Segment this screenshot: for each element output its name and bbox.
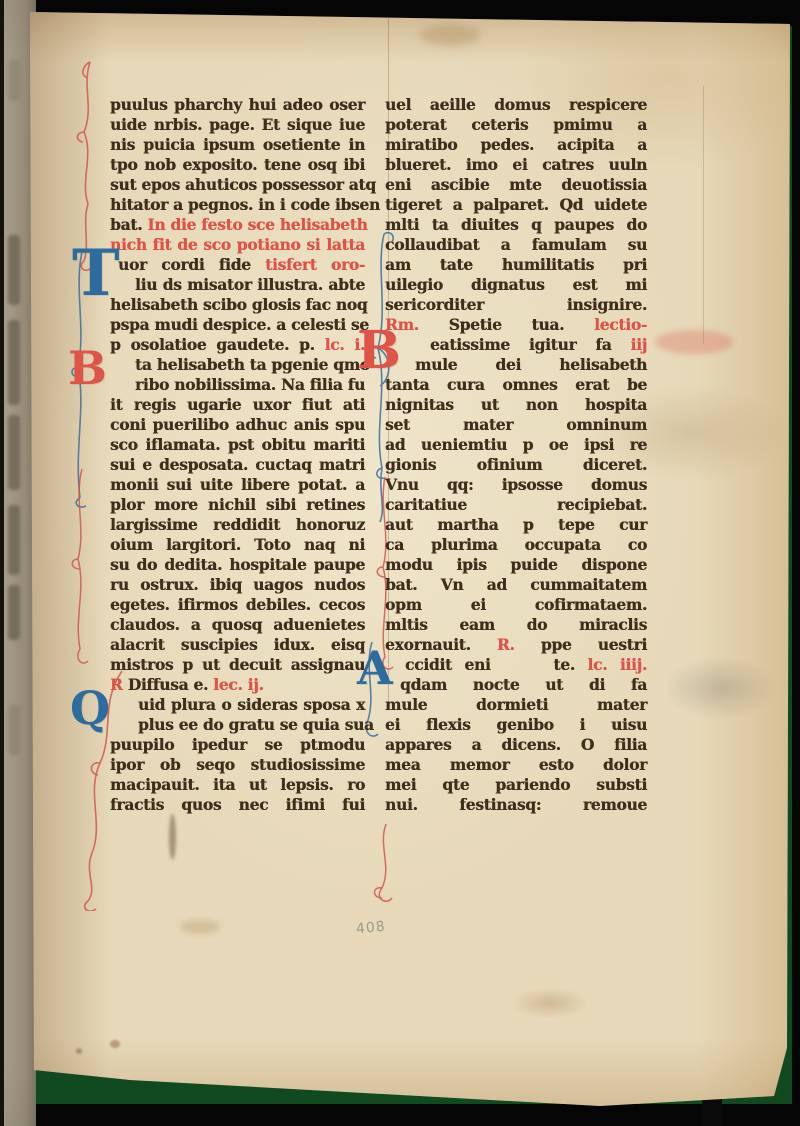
body-text: blueret. imo ei catres uuln [385, 155, 647, 174]
body-text: eatissime igitur fa [430, 335, 631, 354]
manuscript-line: uilegio dignatus est mi [385, 275, 647, 295]
illuminated-initial-B: B [357, 327, 401, 375]
manuscript-line: mistros p ut decuit assignau [110, 655, 365, 675]
body-text: caritatiue recipiebat. [385, 495, 647, 514]
manuscript-line: macipauit. ita ut lepsis. ro [110, 775, 365, 795]
manuscript-line: uel aeille domus respicere [385, 95, 647, 115]
body-text: nui. festinasq: remoue [385, 795, 647, 814]
body-text: Diffusa e. [128, 675, 213, 694]
manuscript-line: claudos. a quosq aduenietes [110, 615, 365, 635]
body-text: plor more nichil sibi retines [110, 495, 365, 514]
body-text: qdam nocte ut di fa [400, 675, 647, 694]
manuscript-line: gionis ofinium diceret. [385, 455, 647, 475]
body-text: eni ascibie mte deuotissia [385, 175, 647, 194]
manuscript-line: pspa mudi despice. a celesti se [110, 315, 365, 335]
manuscript-line: qdam nocte ut di fa [385, 675, 647, 695]
manuscript-line: nignitas ut non hospita [385, 395, 647, 415]
manuscript-line: plor more nichil sibi retines [110, 495, 365, 515]
right-ruling-line [703, 86, 704, 344]
body-text: Spetie tua. [449, 315, 594, 334]
manuscript-line: sericorditer insignire. [385, 295, 647, 315]
illuminated-initial-Q: Q [70, 687, 110, 729]
body-text: uor cordi fide [118, 255, 265, 274]
manuscript-line: mei qte pariendo substi [385, 775, 647, 795]
manuscript-line: helisabeth scibo glosis fac noq [110, 295, 365, 315]
body-text: bat. Vn ad cummaitatem [385, 575, 647, 594]
manuscript-line: ccidit eni te. lc. iiij. [385, 655, 647, 675]
body-text: collaudibat a famulam su [385, 235, 647, 254]
body-text: ccidit eni te. [405, 655, 587, 674]
body-text: helisabeth scibo glosis fac noq [110, 295, 367, 314]
penwork-flourish-red-gutter-bottom [370, 818, 400, 908]
body-text: it regis ugarie uxor fiut ati [110, 395, 365, 414]
body-text: nignitas ut non hospita [385, 395, 647, 414]
illuminated-initial-T: T [72, 245, 120, 304]
rubric-text: nich fit de sco potiano si latta [110, 235, 365, 254]
body-text: su do dedita. hospitale paupe [110, 555, 365, 574]
body-text: sco iflamata. pst obitu mariti [110, 435, 365, 454]
manuscript-line: eatissime igitur fa iij [385, 335, 647, 355]
manuscript-line: sut epos ahuticos possessor atq [110, 175, 365, 195]
manuscript-line: tanta cura omnes erat be [385, 375, 647, 395]
bleed-through-text [8, 320, 20, 405]
body-text: uilegio dignatus est mi [385, 275, 647, 294]
body-text: monii sui uite libere potat. a [110, 475, 365, 494]
body-text: liu ds misator illustra. abte [135, 275, 365, 294]
folio-number: 408 [355, 918, 386, 937]
manuscript-line: blueret. imo ei catres uuln [385, 155, 647, 175]
body-text: mei qte pariendo substi [385, 775, 647, 794]
penwork-flourish-red-mid-left [66, 463, 96, 678]
manuscript-line: eni ascibie mte deuotissia [385, 175, 647, 195]
manuscript-line: am tate humilitatis pri [385, 255, 647, 275]
manuscript-line: ta helisabeth ta pgenie qmo [110, 355, 365, 375]
body-text: sut epos ahuticos possessor atq [110, 175, 376, 194]
body-text: ppe uestri [541, 635, 647, 654]
body-text: tigeret a palparet. Qd uidete [385, 195, 647, 214]
manuscript-line: nis puicia ipsum osetiente in [110, 135, 365, 155]
manuscript-line: oium largitori. Toto naq ni [110, 535, 365, 555]
bleed-through-text [8, 60, 20, 100]
manuscript-line: sco iflamata. pst obitu mariti [110, 435, 365, 455]
text-column-left: puulus pharchy hui adeo oseruide nrbis. … [110, 95, 365, 815]
body-text: modu ipis puide dispone [385, 555, 647, 574]
body-text: claudos. a quosq aduenietes [110, 615, 365, 634]
spot-stain [76, 1048, 82, 1054]
body-text: bat. [110, 215, 147, 234]
body-text: poterat ceteris pmimu a [385, 115, 647, 134]
body-text: oium largitori. Toto naq ni [110, 535, 365, 554]
body-text: nis puicia ipsum osetiente in [110, 135, 365, 154]
manuscript-line: puulus pharchy hui adeo oser [110, 95, 365, 115]
ink-drip-stain [169, 814, 176, 860]
manuscript-line: egetes. ifirmos debiles. cecos [110, 595, 365, 615]
manuscript-line: fractis quos nec ifimi fui [110, 795, 365, 815]
manuscript-line: liu ds misator illustra. abte [110, 275, 365, 295]
smudge-stain [180, 920, 220, 934]
body-text: appares a dicens. O filia [385, 735, 647, 754]
manuscript-line: exornauit. R. ppe uestri [385, 635, 647, 655]
body-text: mea memor esto dolor [385, 755, 647, 774]
body-text: aut martha p tepe cur [385, 515, 647, 534]
manuscript-line: uide nrbis. page. Et sique iue [110, 115, 365, 135]
body-text: coni puerilibo adhuc anis spu [110, 415, 365, 434]
manuscript-line: plus ee do gratu se quia sua [110, 715, 365, 735]
manuscript-line: modu ipis puide dispone [385, 555, 647, 575]
body-text: mlti ta diuites q paupes do [385, 215, 647, 234]
body-text: ru ostrux. ibiq uagos nudos [110, 575, 365, 594]
spot-stain [110, 1040, 120, 1048]
manuscript-line: puupilo ipedur se ptmodu [110, 735, 365, 755]
backdrop-bottom-band [0, 1104, 800, 1126]
bleed-through-text [8, 235, 20, 305]
body-text: miratibo pedes. acipita a [385, 135, 647, 154]
backdrop-right-band [792, 0, 800, 1126]
body-text: gionis ofinium diceret. [385, 455, 647, 474]
body-text: sui e desposata. cuctaq matri [110, 455, 365, 474]
illuminated-initial-A: A [357, 647, 393, 689]
body-text: mule dei helisabeth [415, 355, 647, 374]
manuscript-line: ei flexis genibo i uisu [385, 715, 647, 735]
manuscript-line: ribo nobilissima. Na filia fu [110, 375, 365, 395]
body-text: set mater omninum [385, 415, 647, 434]
manuscript-page: puulus pharchy hui adeo oseruide nrbis. … [30, 8, 793, 1108]
manuscript-line: ca plurima occupata co [385, 535, 647, 555]
body-text: uide nrbis. page. Et sique iue [110, 115, 365, 134]
body-text: plus ee do gratu se quia sua [138, 715, 374, 734]
body-text: mistros p ut decuit assignau [110, 655, 365, 674]
manuscript-line: ad ueniemtiu p oe ipsi re [385, 435, 647, 455]
bleed-through-text [8, 505, 20, 575]
rubric-text: In die festo sce helisabeth [147, 215, 367, 234]
manuscript-line: hitator a pegnos. in i code ibsen [110, 195, 365, 215]
bleed-through-text [8, 415, 20, 490]
body-text: uid plura o sideras sposa x [138, 695, 365, 714]
manuscript-line: coni puerilibo adhuc anis spu [110, 415, 365, 435]
photograph-backdrop: puulus pharchy hui adeo oseruide nrbis. … [0, 0, 800, 1126]
bleed-through-text [8, 705, 20, 755]
manuscript-line: mule dei helisabeth [385, 355, 647, 375]
manuscript-line: sui e desposata. cuctaq matri [110, 455, 365, 475]
rubric-text: iij [631, 335, 648, 354]
manuscript-line: caritatiue recipiebat. [385, 495, 647, 515]
manuscript-line: opm ei cofirmataem. [385, 595, 647, 615]
body-text: tanta cura omnes erat be [385, 375, 647, 394]
text-column-right: uel aeille domus respicerepoterat ceteri… [385, 95, 647, 815]
manuscript-line: tpo nob exposito. tene osq ibi [110, 155, 365, 175]
manuscript-line: p osolatioe gaudete. p. lc. i. [110, 335, 365, 355]
manuscript-line: mea memor esto dolor [385, 755, 647, 775]
body-text: ipor ob seqo studiosissime [110, 755, 365, 774]
manuscript-line: ru ostrux. ibiq uagos nudos [110, 575, 365, 595]
body-text: fractis quos nec ifimi fui [110, 795, 365, 814]
manuscript-line: monii sui uite libere potat. a [110, 475, 365, 495]
rubric-text: lc. iiij. [587, 655, 647, 674]
body-text: Vnu qq: ipsosse domus [385, 475, 647, 494]
manuscript-line: uid plura o sideras sposa x [110, 695, 365, 715]
manuscript-line: aut martha p tepe cur [385, 515, 647, 535]
manuscript-line: Vnu qq: ipsosse domus [385, 475, 647, 495]
body-text: puulus pharchy hui adeo oser [110, 95, 365, 114]
manuscript-line: collaudibat a famulam su [385, 235, 647, 255]
manuscript-line: appares a dicens. O filia [385, 735, 647, 755]
body-text: opm ei cofirmataem. [385, 595, 647, 614]
body-text: egetes. ifirmos debiles. cecos [110, 595, 365, 614]
manuscript-line: bat. Vn ad cummaitatem [385, 575, 647, 595]
rubric-text: tisfert oro- [265, 255, 365, 274]
body-text: ad ueniemtiu p oe ipsi re [385, 435, 647, 454]
red-ink-smear [655, 330, 733, 354]
rubric-text: R. [497, 635, 541, 654]
manuscript-line: Rm. Spetie tua. lectio- [385, 315, 647, 335]
rubric-text: R [110, 675, 128, 694]
manuscript-line: set mater omninum [385, 415, 647, 435]
manuscript-line: uor cordi fide tisfert oro- [110, 255, 365, 275]
body-text: mltis eam do miraclis [385, 615, 647, 634]
manuscript-line: R Diffusa e. lec. ij. [110, 675, 365, 695]
rubric-text: lectio- [594, 315, 647, 334]
manuscript-line: miratibo pedes. acipita a [385, 135, 647, 155]
body-text: largissime reddidit honoruz [110, 515, 365, 534]
manuscript-line: tigeret a palparet. Qd uidete [385, 195, 647, 215]
manuscript-line: mltis eam do miraclis [385, 615, 647, 635]
body-text: tpo nob exposito. tene osq ibi [110, 155, 365, 174]
body-text: ta helisabeth ta pgenie qmo [135, 355, 370, 374]
body-text: p osolatioe gaudete. p. [110, 335, 325, 354]
body-text: sericorditer insignire. [385, 295, 647, 314]
body-text: hitator a pegnos. in i code ibsen [110, 195, 380, 214]
body-text: ei flexis genibo i uisu [385, 715, 647, 734]
rubric-text: lec. ij. [213, 675, 263, 694]
manuscript-line: ipor ob seqo studiosissime [110, 755, 365, 775]
body-text: am tate humilitatis pri [385, 255, 647, 274]
body-text: puupilo ipedur se ptmodu [110, 735, 365, 754]
manuscript-line: nui. festinasq: remoue [385, 795, 647, 815]
body-text: uel aeille domus respicere [385, 95, 647, 114]
illuminated-initial-B: B [68, 347, 107, 389]
manuscript-line: alacrit suscipies idux. eisq [110, 635, 365, 655]
body-text: mule dormieti mater [385, 695, 647, 714]
body-text: macipauit. ita ut lepsis. ro [110, 775, 365, 794]
smudge-stain [420, 24, 480, 46]
manuscript-line: poterat ceteris pmimu a [385, 115, 647, 135]
manuscript-line: su do dedita. hospitale paupe [110, 555, 365, 575]
body-text: ribo nobilissima. Na filia fu [135, 375, 365, 394]
manuscript-line: largissime reddidit honoruz [110, 515, 365, 535]
body-text: pspa mudi despice. a celesti se [110, 315, 369, 334]
manuscript-line: nich fit de sco potiano si latta [110, 235, 365, 255]
body-text: exornauit. [385, 635, 497, 654]
body-text: ca plurima occupata co [385, 535, 647, 554]
manuscript-line: it regis ugarie uxor fiut ati [110, 395, 365, 415]
bleed-through-text [8, 585, 20, 640]
manuscript-line: mule dormieti mater [385, 695, 647, 715]
manuscript-line: mlti ta diuites q paupes do [385, 215, 647, 235]
manuscript-line: bat. In die festo sce helisabeth [110, 215, 365, 235]
body-text: alacrit suscipies idux. eisq [110, 635, 365, 654]
